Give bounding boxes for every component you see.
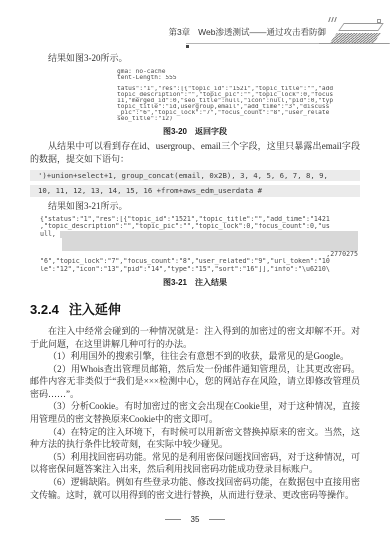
footer-dash [209, 519, 225, 520]
chapter-number: 第3章 [168, 27, 190, 37]
figure-3-21-code: {"status":"1","res":[{"topic_id":"1521",… [40, 216, 358, 273]
header-ornament [327, 16, 387, 48]
section-paragraphs: 在注入中经常会碰到的一种情况就是：注入得到的加密过的密文却解不开。对于此问题，在… [30, 325, 360, 501]
page-header: 第3章Web渗透测试——通过攻击看防御 [0, 16, 390, 50]
paragraph: （6）逻辑缺陷。例如有些登录功能、修改找回密码功能，在数据包中直接用密文传输。这… [30, 476, 360, 501]
ornament-tail-line [319, 43, 389, 44]
code-line: le":"12","icon":"13","pid":"14","type":"… [40, 266, 358, 273]
result-line: 结果如图3-21所示。 [30, 200, 360, 213]
figure-3-20-caption: 图3-20 返回字段 [30, 126, 360, 137]
trailing-number-line: ,2770275 [40, 251, 358, 258]
paragraph: （1）利用国外的搜索引擎，往往会有意想不到的收获，最常见的是Google。 [30, 350, 360, 363]
code-line: seo_title":"12) [117, 116, 360, 122]
book-page: 第3章Web渗透测试——通过攻击看防御 结果如图3-20所示。 gma: no-… [0, 0, 390, 546]
section-number: 3.2.4 [30, 302, 59, 317]
page-content: 结果如图3-20所示。 gma: no-cache tent-Length: 5… [30, 52, 360, 501]
sql-payload-block: ')+union+select+1, group_concat(email, 0… [30, 170, 360, 197]
code-line: ,"topic_description":"","topic_pic":"","… [40, 223, 358, 230]
paragraph: （5）利用找回密码功能。常见的是利用密保问题找回密码，对于这种情况，可以将密保问… [30, 451, 360, 476]
figure-3-21-caption: 图3-21 注入结果 [30, 277, 360, 288]
redaction-block [62, 238, 358, 251]
sql-payload-line: ')+union+select+1, group_concat(email, 0… [30, 170, 360, 182]
paragraph: （3）分析Cookie。有时加密过的密文会出现在Cookie里，对于这种情况，直… [30, 400, 360, 425]
code-fragment: ull, [40, 231, 56, 238]
chapter-heading: 第3章Web渗透测试——通过攻击看防御 [168, 26, 326, 38]
sql-payload-line: 10, 11, 12, 13, 14, 15, 16 +from+aws_edm… [30, 185, 360, 197]
header-rule-dot [186, 45, 189, 48]
redaction-strip [60, 231, 358, 238]
page-footer: 35 [0, 515, 390, 524]
code-line: "6","topic_lock":"7","focus_count":"8","… [40, 258, 358, 265]
code-line-with-redaction: ull, [40, 231, 358, 238]
section-heading: 3.2.4注入延伸 [30, 299, 360, 318]
paragraph: （2）用Whois查出管理员邮箱，然后发一份邮件通知管理员，让其更改密码。邮件内… [30, 363, 360, 401]
ornament-outline-icon [338, 23, 384, 31]
footer-dash [165, 519, 181, 520]
chapter-title: Web渗透测试——通过攻击看防御 [198, 27, 326, 37]
code-line: {"status":"1","res":[{"topic_id":"1521",… [40, 216, 358, 223]
paragraph: 在注入中经常会碰到的一种情况就是：注入得到的加密过的密文却解不开。对于此问题，在… [30, 325, 360, 350]
fields-paragraph: 从结果中可以看到存在id、usergroup、email三个字段，这里只暴露出e… [30, 140, 360, 165]
paragraph: （4）在特定的注入环境下，有时候可以用新密文替换掉原来的密文。当然，这种方法的执… [30, 426, 360, 451]
section-title: 注入延伸 [69, 302, 121, 317]
figure-3-20-code: gma: no-cache tent-Length: 555 tatus":"1… [117, 69, 360, 123]
ornament-ticks-icon [329, 17, 336, 22]
page-number: 35 [191, 515, 200, 524]
intro-line: 结果如图3-20所示。 [30, 52, 360, 65]
ornament-box-icon [377, 19, 381, 23]
